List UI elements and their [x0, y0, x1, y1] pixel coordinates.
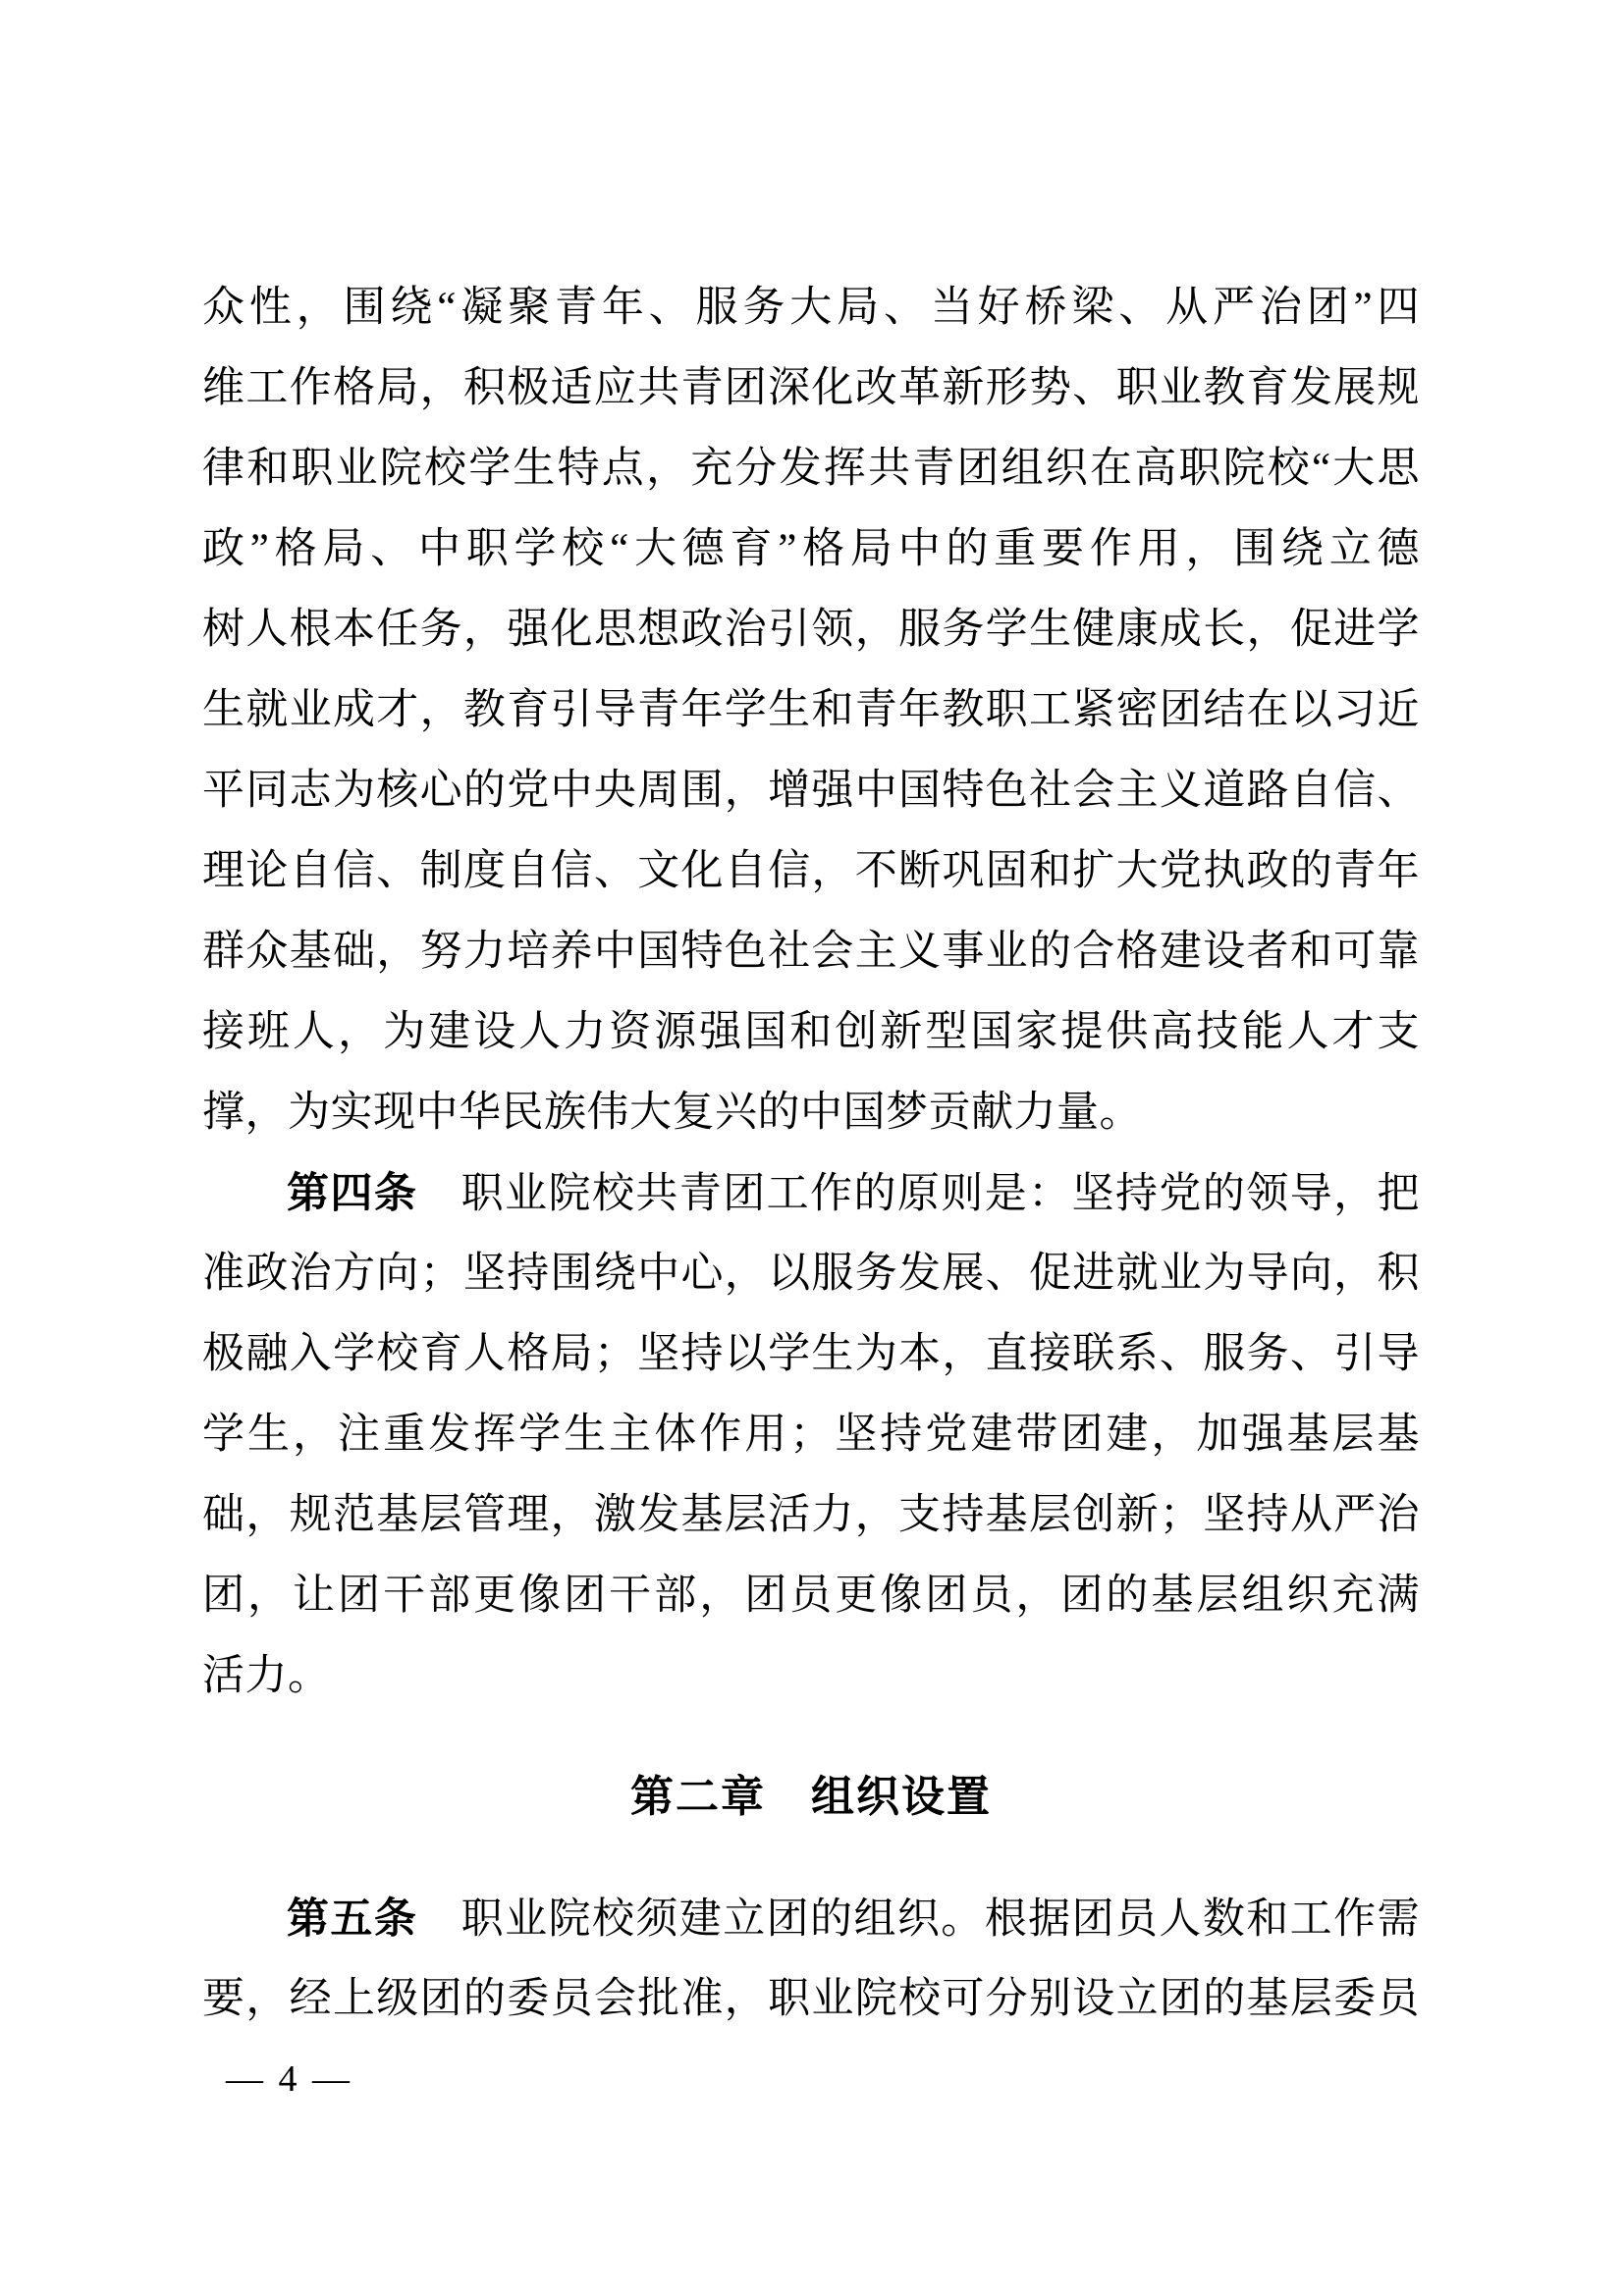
text-line: 准政治方向；坚持围绕中心，以服务发展、促进就业为导向，积 [202, 1234, 1420, 1314]
text-line: 树人根本任务，强化思想政治引领，服务学生健康成长，促进学 [202, 590, 1420, 670]
body-block-1: 众性，围绕“凝聚青年、服务大局、当好桥梁、从严治团”四维工作格局，积极适应共青团… [202, 268, 1420, 1717]
text-line: 第五条 职业院校须建立团的组织。根据团员人数和工作需 [202, 1879, 1420, 1959]
text-line: 础，规范基层管理，激发基层活力，支持基层创新；坚持从严治 [202, 1475, 1420, 1556]
text-line: 群众基础，努力培养中国特色社会主义事业的合格建设者和可靠 [202, 912, 1420, 992]
text-line: 第四条 职业院校共青团工作的原则是：坚持党的领导，把 [202, 1153, 1420, 1234]
text-line: 要，经上级团的委员会批准，职业院校可分别设立团的基层委员 [202, 1959, 1420, 2040]
text-line: 接班人，为建设人力资源强国和创新型国家提供高技能人才支 [202, 992, 1420, 1073]
text-line: 生就业成才，教育引导青年学生和青年教职工紧密团结在以习近 [202, 670, 1420, 751]
text-line: 平同志为核心的党中央周围，增强中国特色社会主义道路自信、 [202, 751, 1420, 831]
text-line: 团，让团干部更像团干部，团员更像团员，团的基层组织充满 [202, 1556, 1420, 1636]
page-number: — 4 — [226, 2057, 352, 2101]
document-body: 众性，围绕“凝聚青年、服务大局、当好桥梁、从严治团”四维工作格局，积极适应共青团… [202, 268, 1420, 2040]
article-number-label: 第四条 [287, 1170, 417, 1217]
text-line: 理论自信、制度自信、文化自信，不断巩固和扩大党执政的青年 [202, 831, 1420, 912]
text-line: 学生，注重发挥学生主体作用；坚持党建带团建，加强基层基 [202, 1395, 1420, 1475]
chapter-heading: 第二章 组织设置 [202, 1757, 1420, 1838]
text-line: 撑，为实现中华民族伟大复兴的中国梦贡献力量。 [202, 1073, 1420, 1153]
article-number-label: 第五条 [287, 1896, 417, 1943]
text-line: 律和职业院校学生特点，充分发挥共青团组织在高职院校“大思 [202, 429, 1420, 509]
text-line: 众性，围绕“凝聚青年、服务大局、当好桥梁、从严治团”四 [202, 268, 1420, 348]
document-page: 众性，围绕“凝聚青年、服务大局、当好桥梁、从严治团”四维工作格局，积极适应共青团… [0, 0, 1624, 2296]
text-line: 活力。 [202, 1636, 1420, 1717]
text-line: 极融入学校育人格局；坚持以学生为本，直接联系、服务、引导 [202, 1314, 1420, 1395]
body-block-2: 第五条 职业院校须建立团的组织。根据团员人数和工作需要，经上级团的委员会批准，职… [202, 1879, 1420, 2040]
text-line: 政”格局、中职学校“大德育”格局中的重要作用，围绕立德 [202, 509, 1420, 590]
text-line: 维工作格局，积极适应共青团深化改革新形势、职业教育发展规 [202, 348, 1420, 429]
